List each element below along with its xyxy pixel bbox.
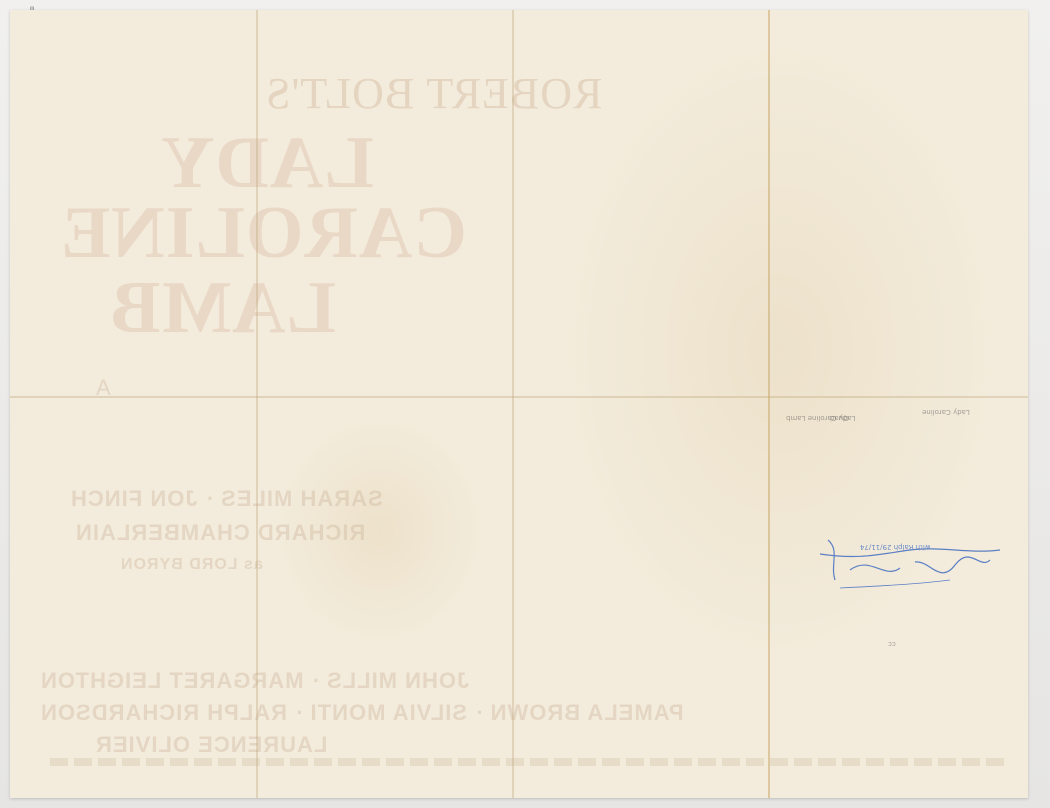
credit-show-through: ROBERT BOLT'S <box>265 68 602 119</box>
pencil-note-2: Quad <box>830 414 849 422</box>
fold-vertical-3 <box>768 10 770 798</box>
cast-show-through-6: LAURENCE OLIVIER <box>95 732 327 758</box>
cast-show-through-1: SARAH MILES · JON FINCH <box>70 486 383 512</box>
fold-horizontal <box>10 396 1028 398</box>
fold-vertical-1 <box>256 10 258 798</box>
signature-ink <box>810 530 1010 590</box>
title-show-through-line-2: CAROLINE <box>60 200 467 267</box>
poster-back: ROBERT BOLT'S LADY CAROLINE LAMB A SARAH… <box>10 10 1028 798</box>
signature-text: Caroline Lamb <box>870 558 877 559</box>
cast-show-through-3: as LORD BYRON <box>120 556 263 574</box>
title-show-through-line-3: LAMB <box>110 275 336 342</box>
signature-inscription: with Ralph 29/11/74 <box>860 543 931 551</box>
pencil-note-4: cc <box>888 640 896 648</box>
cast-show-through-5: PAMELA BROWN · SILVIA MONTI · RALPH RICH… <box>40 700 684 726</box>
title-show-through-line-1: LADY <box>160 130 374 197</box>
credits-block-show-through <box>50 758 1010 766</box>
cast-show-through-2: RICHARD CHAMBERLAIN <box>75 520 365 546</box>
fold-vertical-2 <box>512 10 514 798</box>
cast-show-through-4: JOHN MILLS · MARGARET LEIGHTON <box>40 668 469 694</box>
pencil-note-3: Lady Caroline <box>922 408 970 416</box>
